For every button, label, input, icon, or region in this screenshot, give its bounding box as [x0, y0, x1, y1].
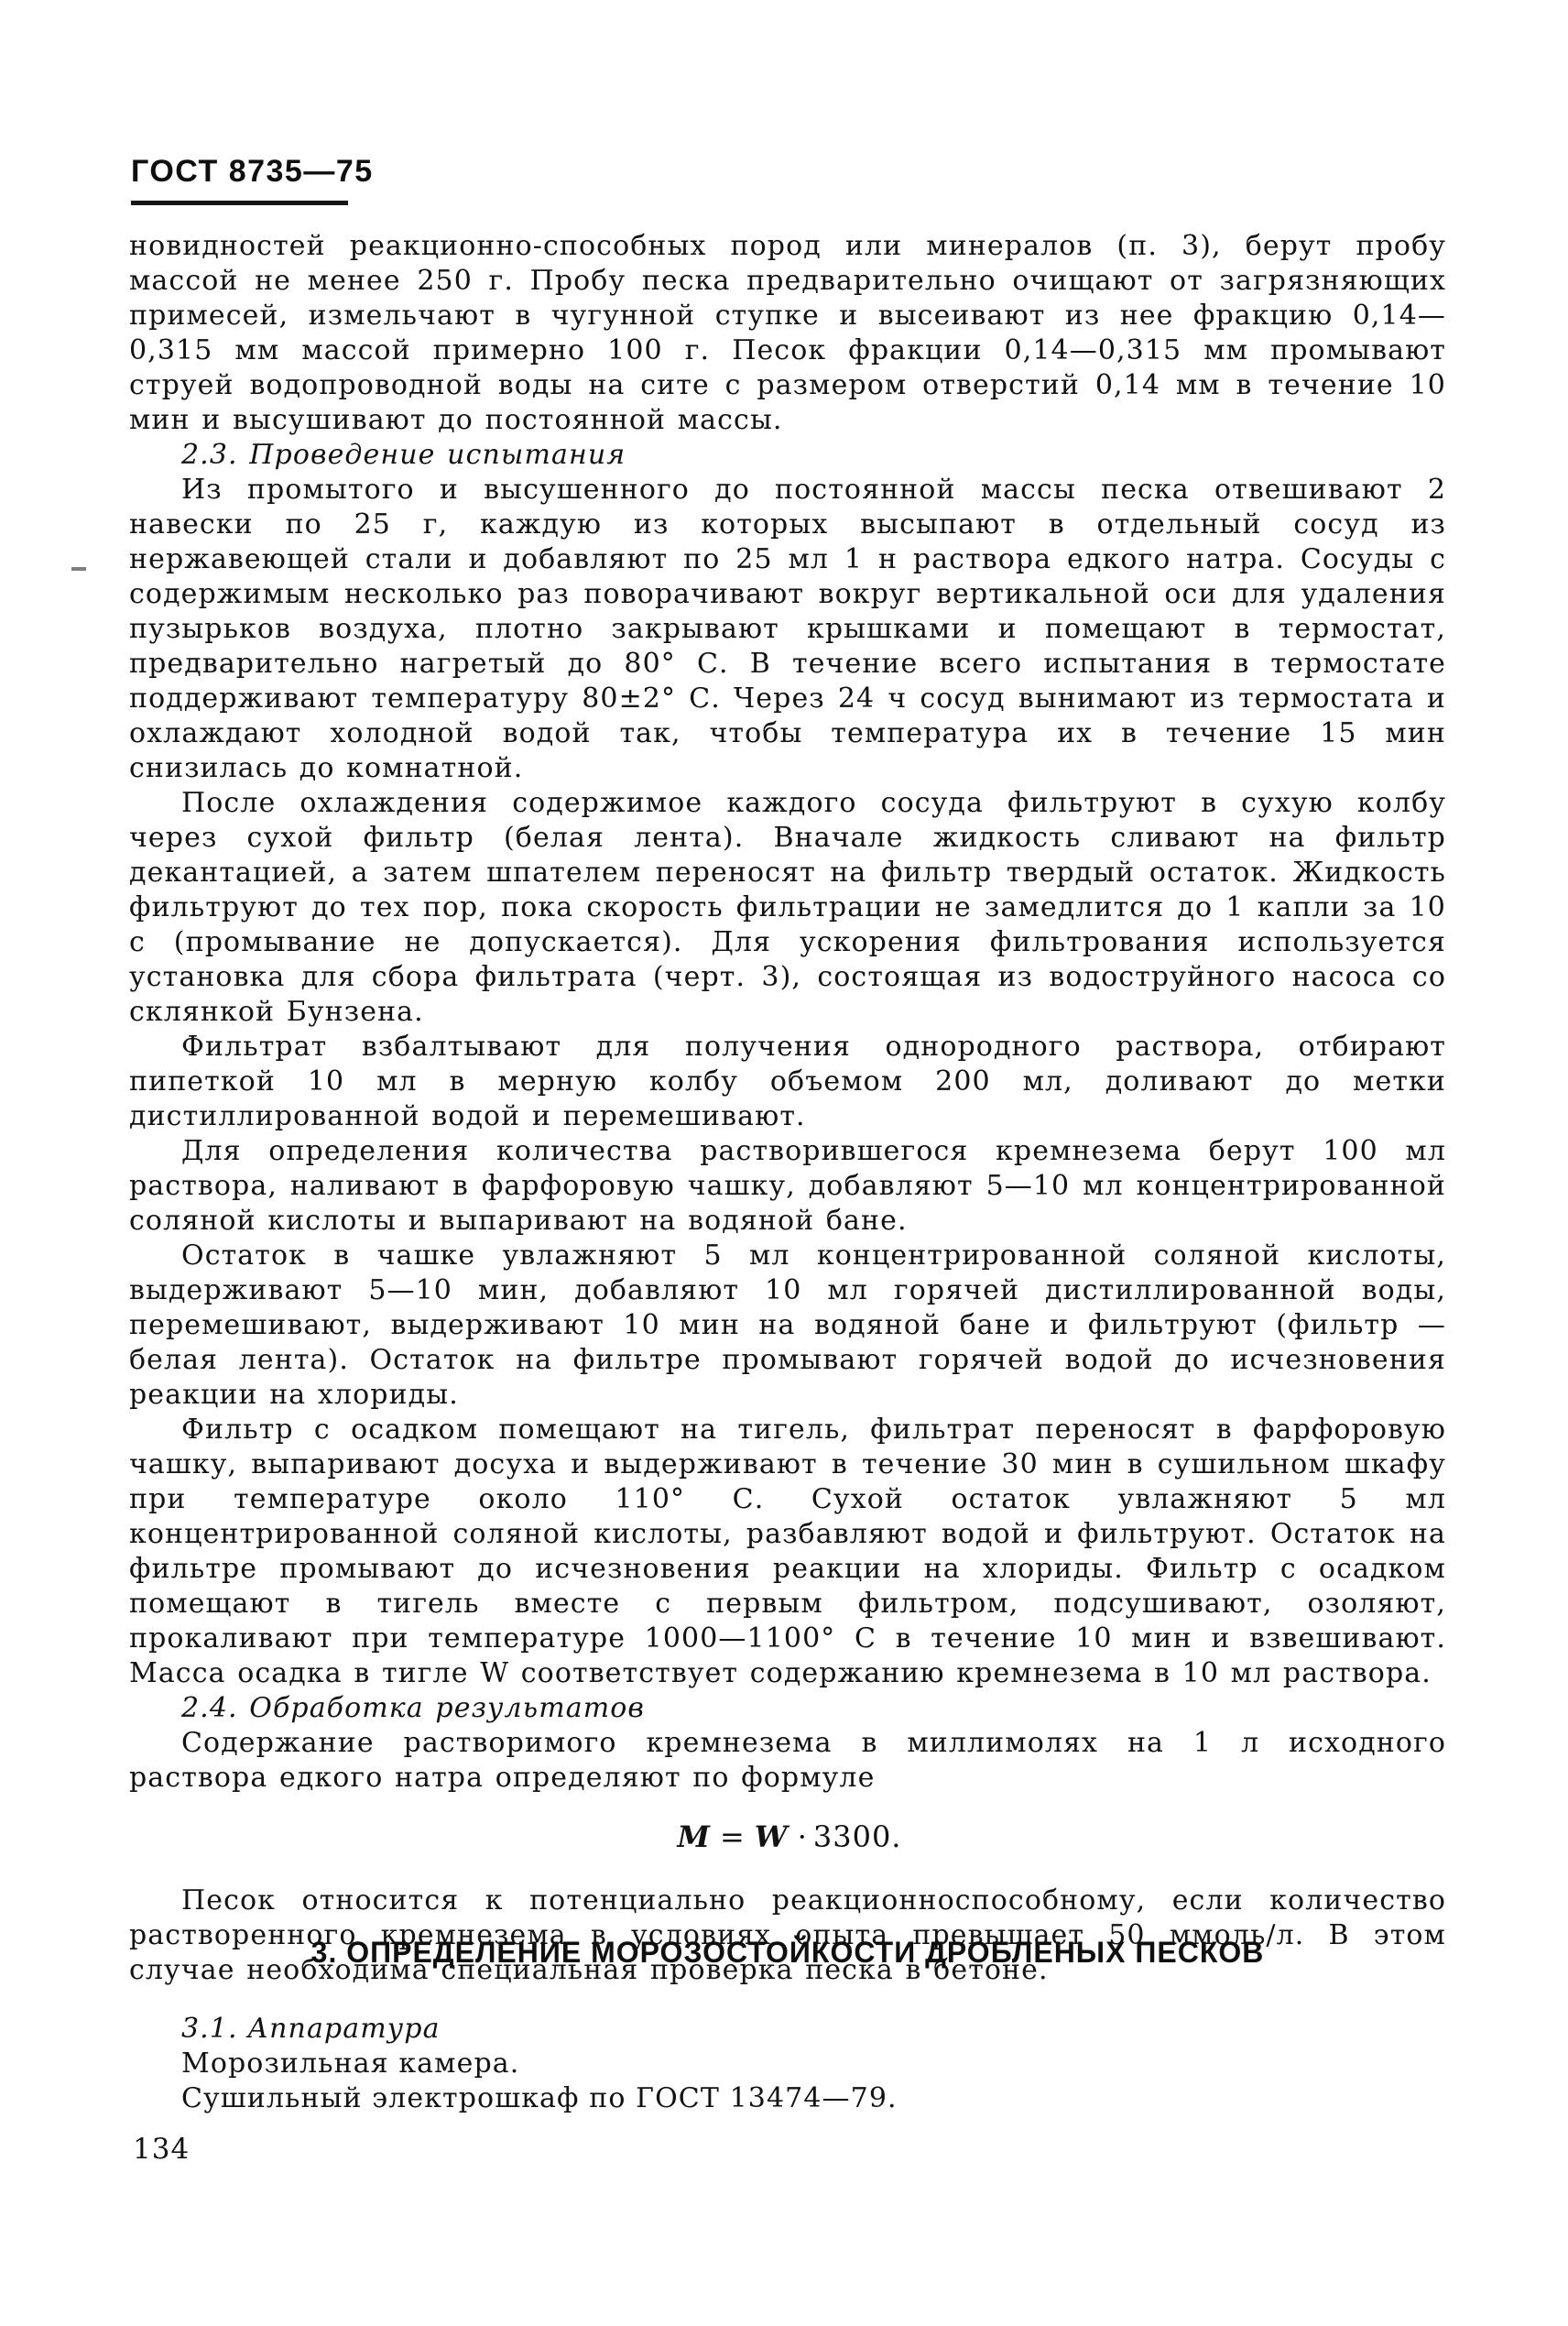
page-number: 134 — [133, 2133, 190, 2166]
paragraph-sample-preparation: новидностей реакционно-способных пород и… — [129, 229, 1446, 438]
subsection-heading-3-1: 3.1. Аппаратура — [129, 2012, 1446, 2047]
document-body: новидностей реакционно-способных пород и… — [129, 229, 1446, 1988]
paragraph-residue-treatment: Остаток в чашке увлажняют 5 мл концентри… — [129, 1239, 1446, 1413]
apparatus-item-freezer: Морозильная камера. — [129, 2047, 1446, 2081]
formula-coefficient: 3300 — [813, 1819, 891, 1854]
header-rule — [131, 201, 348, 205]
paragraph-filtrate-dilution: Фильтрат взбалтывают для получения однор… — [129, 1030, 1446, 1134]
formula-equals-sign: = — [714, 1819, 751, 1854]
paragraph-silica-determination: Для определения количества растворившего… — [129, 1134, 1446, 1239]
formula-multiplication-dot: · — [792, 1819, 813, 1854]
page-masthead: ГОСТ 8735—75 — [131, 154, 374, 205]
section-3-block: 3. ОПРЕДЕЛЕНИЕ МОРОЗОСТОЙКОСТИ ДРОБЛЕНЫХ… — [129, 1935, 1446, 2116]
standard-code: ГОСТ 8735—75 — [131, 154, 374, 190]
apparatus-item-drying-cabinet: Сушильный электрошкаф по ГОСТ 13474—79. — [129, 2081, 1446, 2116]
formula-variable-w: W — [751, 1819, 792, 1854]
section-3-heading: 3. ОПРЕДЕЛЕНИЕ МОРОЗОСТОЙКОСТИ ДРОБЛЕНЫХ… — [129, 1935, 1446, 1970]
paragraph-crucible-calcination: Фильтр с осадком помещают на тигель, фил… — [129, 1413, 1446, 1691]
paragraph-filtration: После охлаждения содержимое каждого сосу… — [129, 786, 1446, 1030]
scan-artifact-dash — [71, 567, 86, 571]
paragraph-results-processing: Содержание растворимого кремнезема в мил… — [129, 1726, 1446, 1796]
subsection-heading-2-4: 2.4. Обработка результатов — [129, 1691, 1446, 1726]
paragraph-test-procedure: Из промытого и высушенного до постоянной… — [129, 473, 1446, 786]
document-page: ГОСТ 8735—75 новидностей реакционно-спос… — [0, 0, 1568, 2326]
formula-silica-content: M=W·3300. — [129, 1819, 1446, 1854]
subsection-heading-2-3: 2.3. Проведение испытания — [129, 438, 1446, 473]
formula-variable-m: M — [674, 1819, 714, 1854]
formula-period: . — [891, 1819, 901, 1854]
